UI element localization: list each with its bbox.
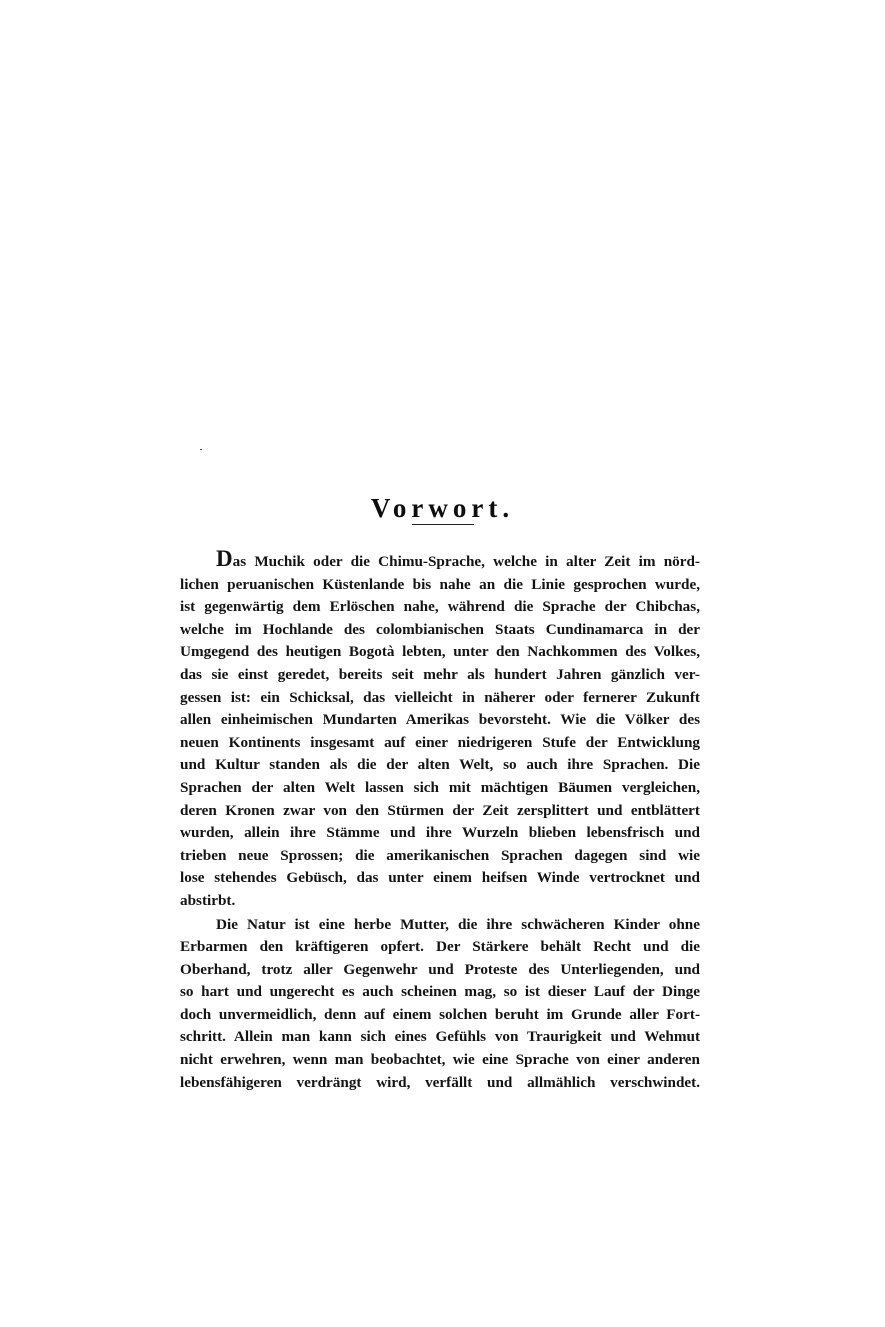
text-line: gessen ist: ein Schicksal, das vielleich… <box>180 687 700 710</box>
text-line: Die Natur ist eine herbe Mutter, die ihr… <box>180 914 700 937</box>
paragraph-1: Das Muchik oder die Chimu-Sprache, welch… <box>180 551 700 913</box>
title-rule-divider <box>412 524 474 525</box>
text-line: doch unvermeidlich, denn auf einem solch… <box>180 1004 700 1027</box>
text-line: neuen Kontinents insgesamt auf einer nie… <box>180 732 700 755</box>
text-line: abstirbt. <box>180 890 700 913</box>
text-line: Sprachen der alten Welt lassen sich mit … <box>180 777 700 800</box>
drop-cap: D <box>216 546 233 571</box>
preface-body: Das Muchik oder die Chimu-Sprache, welch… <box>180 551 700 1094</box>
text-line: das sie einst geredet, bereits seit mehr… <box>180 664 700 687</box>
text-line: Oberhand, trotz aller Gegenwehr und Prot… <box>180 959 700 982</box>
scan-speck <box>200 449 202 450</box>
text-line: und Kultur standen als die der alten Wel… <box>180 754 700 777</box>
text-line: lebensfähigeren verdrängt wird, verfällt… <box>180 1072 700 1095</box>
text-line: wurden, allein ihre Stämme und ihre Wurz… <box>180 822 700 845</box>
text-line: Umgegend des heutigen Bogotà lebten, unt… <box>180 641 700 664</box>
text-line: ist gegenwärtig dem Erlöschen nahe, währ… <box>180 596 700 619</box>
text-line: trieben neue Sprossen; die amerikanische… <box>180 845 700 868</box>
text-line: lichen peruanischen Küstenlande bis nahe… <box>180 574 700 597</box>
text-line: deren Kronen zwar von den Stürmen der Ze… <box>180 800 700 823</box>
text-line: allen einheimischen Mundarten Amerikas b… <box>180 709 700 732</box>
text-line: schritt. Allein man kann sich eines Gefü… <box>180 1026 700 1049</box>
text-line: welche im Hochlande des colombianischen … <box>180 619 700 642</box>
text-line: Erbarmen den kräftigeren opfert. Der Stä… <box>180 936 700 959</box>
text-line: nicht erwehren, wenn man beobachtet, wie… <box>180 1049 700 1072</box>
text-line: so hart und ungerecht es auch scheinen m… <box>180 981 700 1004</box>
text-line: Das Muchik oder die Chimu-Sprache, welch… <box>180 551 700 574</box>
page-title: Vorwort. <box>0 492 885 524</box>
text-line: lose stehendes Gebüsch, das unter einem … <box>180 867 700 890</box>
paragraph-2: Die Natur ist eine herbe Mutter, die ihr… <box>180 914 700 1095</box>
